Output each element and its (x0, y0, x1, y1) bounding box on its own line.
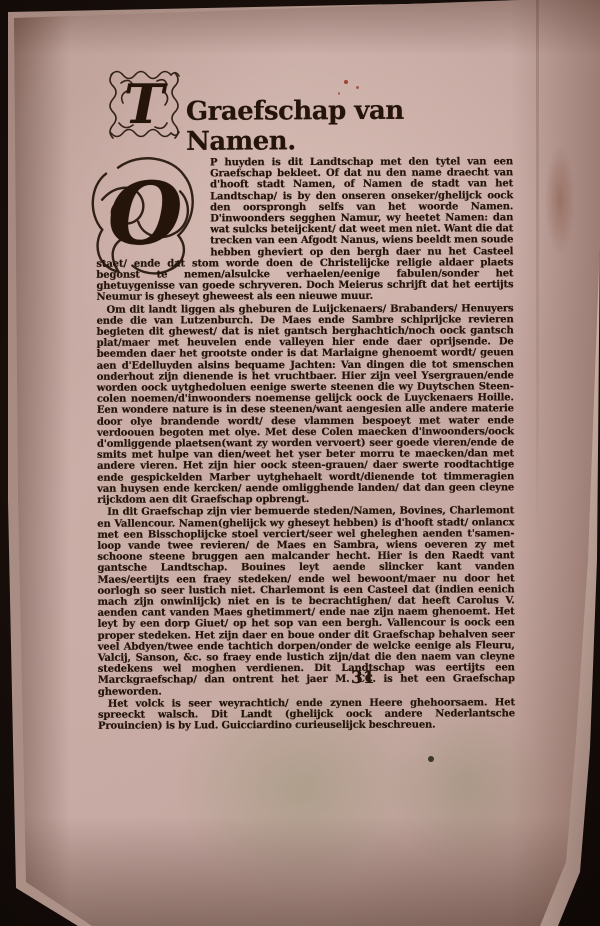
woodcut-initial-art: T (107, 67, 181, 141)
paragraph: O P huyden is dit Landtschap met den tyt… (96, 156, 514, 303)
woodcut-initial-letter: T (124, 72, 168, 136)
drop-cap-art: O (88, 155, 208, 280)
drop-cap-letter: O (108, 163, 183, 264)
body-text: O P huyden is dit Landtschap met den tyt… (96, 156, 515, 733)
paragraph: Om dit landt liggen als gheburen de Luij… (97, 303, 515, 506)
paragraph: In dit Graefschap zijn vier bemuerde ste… (97, 506, 515, 698)
page-number: 31 (351, 668, 375, 688)
woodcut-initial-block: T (107, 67, 181, 141)
drop-cap: O (96, 157, 206, 257)
paragraph: Het volck is seer weyrachtich/ ende zyne… (98, 697, 515, 732)
chapter-title: Graefschap van Namen. (186, 95, 516, 157)
book-photo: T Graefschap van Namen. O P huyden is di… (0, 0, 600, 926)
